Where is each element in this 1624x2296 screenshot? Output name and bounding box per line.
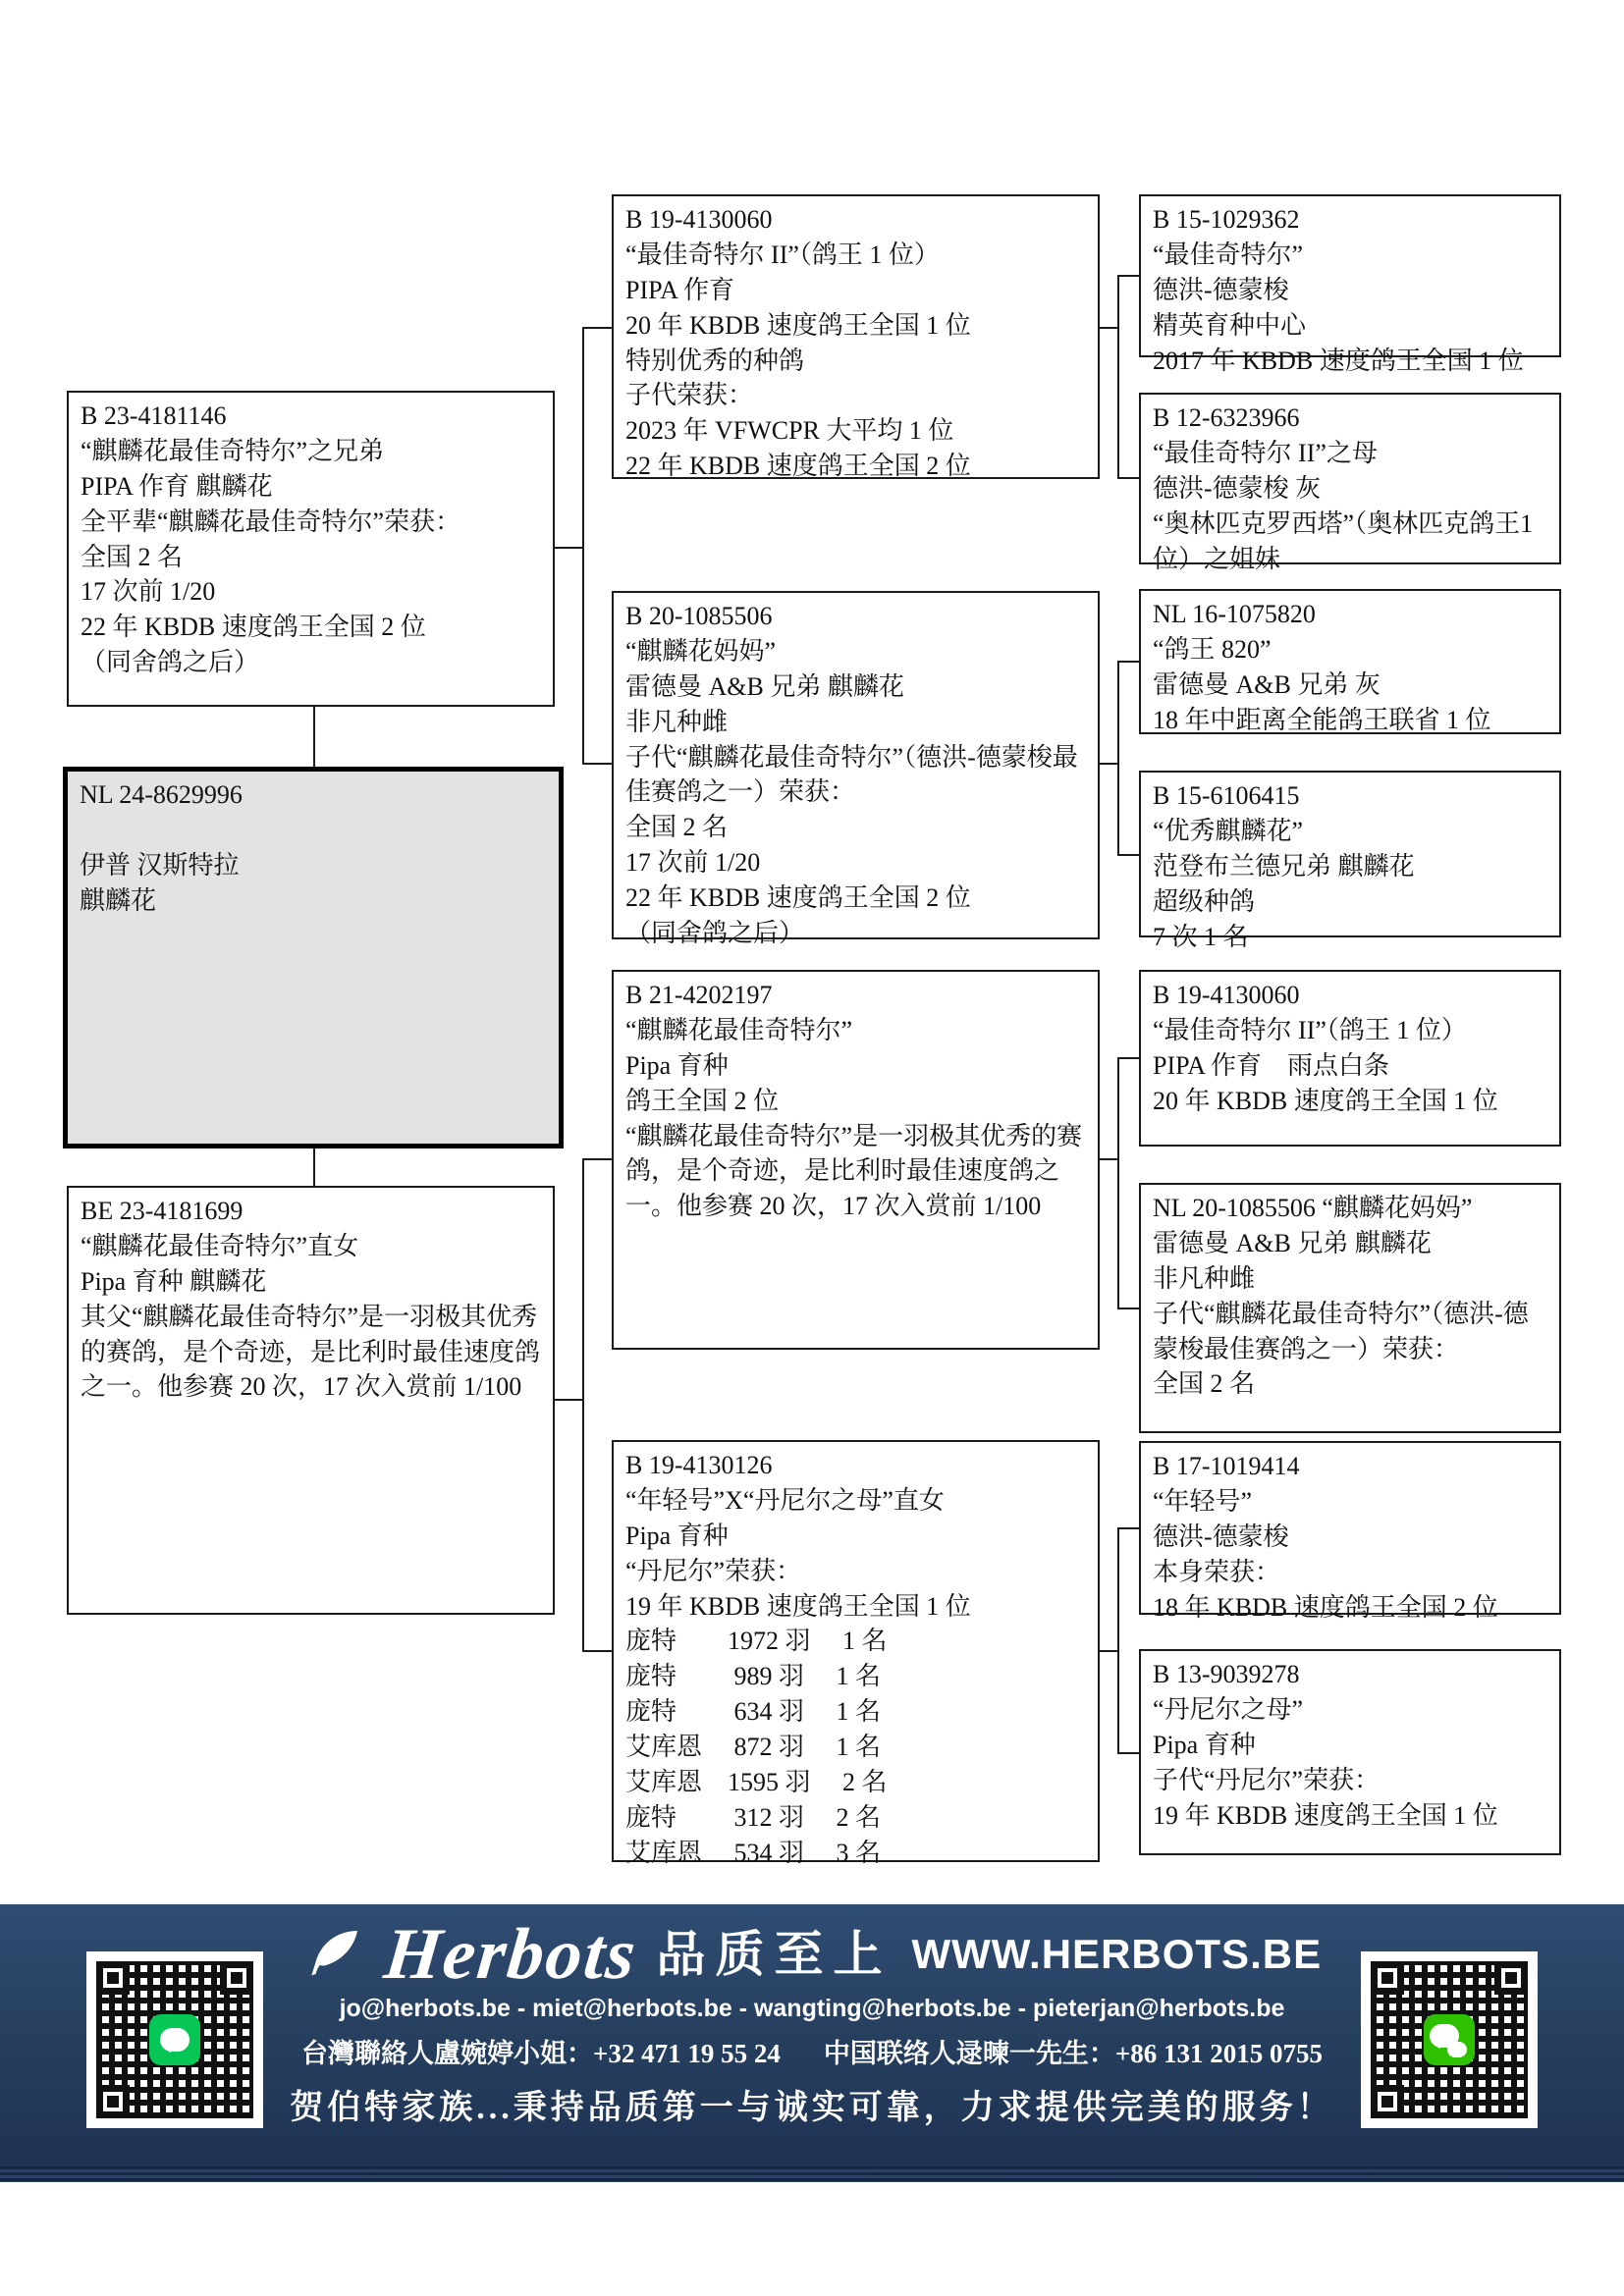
connector-line	[1119, 275, 1139, 277]
pedigree-text-line: 全国 2 名	[625, 810, 1086, 845]
pedigree-text-line: 特别优秀的种鸽	[625, 344, 1086, 379]
pedigree-text-line: 超级种鸽	[1153, 884, 1547, 920]
pedigree-text-line: “奥林匹克罗西塔”（奥林匹克鸽王1位）之姐妹	[1153, 507, 1547, 577]
pedigree-text-line: 20 年 KBDB 速度鸽王全国 1 位	[1153, 1084, 1547, 1119]
qr-finder-icon	[1371, 2085, 1404, 2118]
connector-line	[584, 763, 612, 765]
pedigree-text-line: 艾库恩 1595 羽 2 名	[625, 1765, 1086, 1800]
connector-line	[1100, 763, 1119, 765]
qr-finder-icon	[1494, 1961, 1528, 1995]
pedigree-text-line: 非凡种雌	[625, 705, 1086, 740]
pedigree-text-line: 19 年 KBDB 速度鸽王全国 1 位	[1153, 1798, 1547, 1834]
connector-line	[313, 1148, 315, 1186]
pedigree-text-line: 范登布兰德兄弟 麒麟花	[1153, 849, 1547, 884]
pedigree-box-sire-sire: B 19-4130060“最佳奇特尔 II”（鸽王 1 位）PIPA 作育20 …	[612, 194, 1100, 479]
pedigree-text-line: 德洪-德蒙梭	[1153, 1520, 1547, 1555]
connector-line	[582, 1158, 584, 1652]
pedigree-text-line: 鸽王全国 2 位	[625, 1084, 1086, 1119]
pedigree-text-line: 全平辈“麒麟花最佳奇特尔”荣获：	[81, 505, 541, 540]
pedigree-text-line: Pipa 育种	[1153, 1728, 1547, 1763]
qr-finder-icon	[96, 2085, 130, 2118]
pedigree-text-line: 18 年中距离全能鸽王联省 1 位	[1153, 703, 1547, 738]
pedigree-text-line: “丹尼尔之母”	[1153, 1692, 1547, 1728]
website-url: WWW.HERBOTS.BE	[911, 1934, 1322, 1975]
pedigree-box-g3-3: NL 16-1075820“鸽王 820”雷德曼 A&B 兄弟 灰18 年中距离…	[1139, 589, 1561, 734]
pedigree-text-line: 2023 年 VFWCPR 大平均 1 位	[625, 413, 1086, 449]
pedigree-text-line: “麒麟花最佳奇特尔”	[625, 1013, 1086, 1048]
connector-line	[1119, 477, 1139, 479]
connector-line	[584, 1650, 612, 1652]
contact-china: 中国联络人逯暕一先生：+86 131 2015 0755	[824, 2039, 1323, 2068]
pedigree-text-line: 7 次 1 名	[1153, 920, 1547, 955]
pedigree-text-line: “麒麟花最佳奇特尔”是一羽极其优秀的赛鸽，是个奇迹，是比利时最佳速度鸽之一。他参…	[625, 1119, 1086, 1225]
pedigree-text-line: B 12-6323966	[1153, 400, 1547, 436]
pedigree-text-line: 18 年 KBDB 速度鸽王全国 2 位	[1153, 1590, 1547, 1626]
pedigree-box-g3-4: B 15-6106415“优秀麒麟花”范登布兰德兄弟 麒麟花超级种鸽7 次 1 …	[1139, 771, 1561, 937]
pedigree-text-line: PIPA 作育 麒麟花	[81, 469, 541, 505]
pedigree-text-line: “最佳奇特尔”	[1153, 238, 1547, 273]
pedigree-text-line: “麒麟花最佳奇特尔”直女	[81, 1229, 541, 1264]
pedigree-text-line: 子代“麒麟花最佳奇特尔”（德洪-德蒙梭最佳赛鸽之一）荣获：	[1153, 1297, 1547, 1367]
pedigree-text-line: BE 23-4181699	[81, 1194, 541, 1229]
connector-line	[1119, 1752, 1139, 1754]
pedigree-text-line: “优秀麒麟花”	[1153, 814, 1547, 849]
pedigree-text-line: “麒麟花妈妈”	[625, 634, 1086, 669]
brand-logo-row: Herbots 品质至上 WWW.HERBOTS.BE	[275, 1918, 1349, 1991]
wechat-qr-code	[1361, 1951, 1538, 2128]
qr-finder-icon	[96, 1961, 130, 1995]
pedigree-box-sire-dam: B 20-1085506“麒麟花妈妈”雷德曼 A&B 兄弟 麒麟花非凡种雌子代“…	[612, 591, 1100, 939]
connector-line	[1117, 661, 1119, 856]
pedigree-text-line: “鸽王 820”	[1153, 632, 1547, 667]
connector-line	[1100, 1650, 1119, 1652]
pedigree-text-line: 庞特 312 羽 2 名	[625, 1800, 1086, 1836]
pedigree-text-line: 全国 2 名	[1153, 1366, 1547, 1402]
pedigree-text-line: B 23-4181146	[81, 399, 541, 434]
pedigree-text-line: “丹尼尔”荣获：	[625, 1554, 1086, 1589]
pedigree-text-line: “最佳奇特尔 II”（鸽王 1 位）	[1153, 1013, 1547, 1048]
pedigree-box-dam-sire: B 21-4202197“麒麟花最佳奇特尔”Pipa 育种鸽王全国 2 位“麒麟…	[612, 970, 1100, 1350]
connector-line	[584, 1158, 612, 1160]
pedigree-box-dam-dam: B 19-4130126“年轻号”X“丹尼尔之母”直女Pipa 育种“丹尼尔”荣…	[612, 1440, 1100, 1862]
contact-phones: 台灣聯絡人盧婉婷小姐：+32 471 19 55 24中国联络人逯暕一先生：+8…	[275, 2032, 1349, 2070]
pedigree-text-line: 非凡种雌	[1153, 1261, 1547, 1297]
line-icon	[149, 2014, 200, 2065]
pedigree-box-g3-8: B 13-9039278“丹尼尔之母”Pipa 育种子代“丹尼尔”荣获：19 年…	[1139, 1649, 1561, 1855]
wechat-icon	[1424, 2014, 1475, 2065]
pedigree-text-line: B 19-4130126	[625, 1448, 1086, 1483]
pedigree-text-line: 艾库恩 534 羽 3 名	[625, 1836, 1086, 1871]
pedigree-text-line: 庞特 634 羽 1 名	[625, 1694, 1086, 1730]
connector-line	[555, 547, 584, 549]
pedigree-text-line: 德洪-德蒙梭 灰	[1153, 471, 1547, 507]
pedigree-text-line: PIPA 作育 雨点白条	[1153, 1048, 1547, 1084]
pedigree-text-line: 全国 2 名	[81, 540, 541, 575]
pedigree-text-line: B 19-4130060	[625, 202, 1086, 238]
footer-bottom-strips	[0, 2166, 1624, 2182]
pedigree-text-line: 子代“麒麟花最佳奇特尔”（德洪-德蒙梭最佳赛鸽之一）荣获：	[625, 740, 1086, 811]
pedigree-text-line: 艾库恩 872 羽 1 名	[625, 1730, 1086, 1765]
pedigree-text-line: B 20-1085506	[625, 599, 1086, 634]
pedigree-text-line: 精英育种中心	[1153, 308, 1547, 344]
pedigree-box-g3-5: B 19-4130060“最佳奇特尔 II”（鸽王 1 位）PIPA 作育 雨点…	[1139, 970, 1561, 1147]
connector-line	[1119, 1527, 1139, 1529]
pedigree-text-line: 其父“麒麟花最佳奇特尔”是一羽极其优秀的赛鸽，是个奇迹，是比利时最佳速度鸽之一。…	[81, 1300, 541, 1406]
pedigree-text-line: Pipa 育种	[625, 1519, 1086, 1554]
pedigree-text-line: “最佳奇特尔 II”（鸽王 1 位）	[625, 238, 1086, 273]
pedigree-text-line: B 15-1029362	[1153, 202, 1547, 238]
pedigree-document: B 23-4181146“麒麟花最佳奇特尔”之兄弟PIPA 作育 麒麟花全平辈“…	[0, 0, 1624, 2296]
connector-line	[555, 1399, 584, 1401]
brand-tagline: 品质至上	[656, 1930, 892, 1979]
pedigree-text-line: NL 20-1085506 “麒麟花妈妈”	[1153, 1191, 1547, 1226]
pedigree-box-g3-2: B 12-6323966“最佳奇特尔 II”之母德洪-德蒙梭 灰“奥林匹克罗西塔…	[1139, 393, 1561, 564]
pedigree-text-line: 麒麟花	[80, 883, 547, 919]
pedigree-text-line: 雷德曼 A&B 兄弟 麒麟花	[625, 669, 1086, 705]
contact-taiwan: 台灣聯絡人盧婉婷小姐：+32 471 19 55 24	[301, 2039, 781, 2068]
feather-icon	[302, 1923, 365, 1986]
pedigree-text-line: 子代荣获：	[625, 378, 1086, 413]
pedigree-box-g3-7: B 17-1019414“年轻号”德洪-德蒙梭本身荣获：18 年 KBDB 速度…	[1139, 1441, 1561, 1615]
pedigree-box-sire: B 23-4181146“麒麟花最佳奇特尔”之兄弟PIPA 作育 麒麟花全平辈“…	[67, 391, 555, 707]
pedigree-box-dam: BE 23-4181699“麒麟花最佳奇特尔”直女Pipa 育种 麒麟花其父“麒…	[67, 1186, 555, 1615]
qr-finder-icon	[220, 1961, 253, 1995]
pedigree-text-line: PIPA 作育	[625, 273, 1086, 308]
pedigree-text-line: 本身荣获：	[1153, 1555, 1547, 1590]
pedigree-text-line: 22 年 KBDB 速度鸽王全国 2 位	[625, 881, 1086, 916]
qr-finder-icon	[1371, 1961, 1404, 1995]
pedigree-text-line: 庞特 1972 羽 1 名	[625, 1624, 1086, 1659]
pedigree-text-line: 17 次前 1/20	[625, 845, 1086, 881]
pedigree-text-line: 2017 年 KBDB 速度鸽王全国 1 位	[1153, 344, 1547, 379]
pedigree-text-line: 20 年 KBDB 速度鸽王全国 1 位	[625, 308, 1086, 344]
pedigree-text-line: 德洪-德蒙梭	[1153, 273, 1547, 308]
connector-line	[313, 707, 315, 767]
pedigree-text-line: 子代“丹尼尔”荣获：	[1153, 1763, 1547, 1798]
connector-line	[1100, 1158, 1119, 1160]
pedigree-text-line: 伊普 汉斯特拉	[80, 848, 547, 883]
pedigree-box-g3-1: B 15-1029362“最佳奇特尔”德洪-德蒙梭精英育种中心2017 年 KB…	[1139, 194, 1561, 357]
connector-line	[1100, 327, 1119, 329]
pedigree-text-line: “年轻号”X“丹尼尔之母”直女	[625, 1483, 1086, 1519]
connector-line	[1119, 854, 1139, 856]
pedigree-text-line: 雷德曼 A&B 兄弟 麒麟花	[1153, 1226, 1547, 1261]
pedigree-text-line: “麒麟花最佳奇特尔”之兄弟	[81, 434, 541, 469]
pedigree-text-line: “最佳奇特尔 II”之母	[1153, 436, 1547, 471]
connector-line	[1119, 1308, 1139, 1309]
pedigree-text-line: （同舍鸽之后）	[81, 645, 541, 680]
footer-banner: Herbots 品质至上 WWW.HERBOTS.BE jo@herbots.b…	[0, 1904, 1624, 2182]
pedigree-text-line: （同舍鸽之后）	[625, 916, 1086, 951]
connector-line	[1119, 1057, 1139, 1059]
pedigree-text-line: B 15-6106415	[1153, 778, 1547, 814]
connector-line	[584, 327, 612, 329]
pedigree-text-line: B 21-4202197	[625, 978, 1086, 1013]
pedigree-box-g3-6: NL 20-1085506 “麒麟花妈妈”雷德曼 A&B 兄弟 麒麟花非凡种雌子…	[1139, 1183, 1561, 1433]
line-qr-code	[86, 1951, 263, 2128]
pedigree-box-subject: NL 24-8629996伊普 汉斯特拉麒麟花	[63, 767, 564, 1148]
pedigree-text-line: 雷德曼 A&B 兄弟 灰	[1153, 667, 1547, 703]
pedigree-text-line: B 17-1019414	[1153, 1449, 1547, 1484]
connector-line	[1117, 1527, 1119, 1754]
footer-slogan: 贺伯特家族...秉持品质第一与诚实可靠，力求提供完美的服务！	[275, 2080, 1349, 2128]
pedigree-text-line: B 19-4130060	[1153, 978, 1547, 1013]
pedigree-text-line: NL 16-1075820	[1153, 597, 1547, 632]
pedigree-text-line: NL 24-8629996	[80, 777, 547, 813]
contact-emails: jo@herbots.be - miet@herbots.be - wangti…	[275, 1995, 1349, 2023]
pedigree-text-line: 庞特 989 羽 1 名	[625, 1659, 1086, 1694]
connector-line	[1119, 661, 1139, 663]
pedigree-text-line	[80, 813, 547, 848]
pedigree-text-line: B 13-9039278	[1153, 1657, 1547, 1692]
pedigree-text-line: Pipa 育种 麒麟花	[81, 1264, 541, 1300]
connector-line	[1117, 1057, 1119, 1309]
pedigree-text-line: 22 年 KBDB 速度鸽王全国 2 位	[625, 449, 1086, 484]
pedigree-text-line: “年轻号”	[1153, 1484, 1547, 1520]
connector-line	[582, 327, 584, 765]
brand-name: Herbots	[381, 1918, 640, 1991]
pedigree-text-line: 22 年 KBDB 速度鸽王全国 2 位	[81, 610, 541, 645]
pedigree-text-line: 17 次前 1/20	[81, 574, 541, 610]
pedigree-text-line: 19 年 KBDB 速度鸽王全国 1 位	[625, 1589, 1086, 1625]
connector-line	[1117, 275, 1119, 479]
pedigree-text-line: Pipa 育种	[625, 1048, 1086, 1084]
